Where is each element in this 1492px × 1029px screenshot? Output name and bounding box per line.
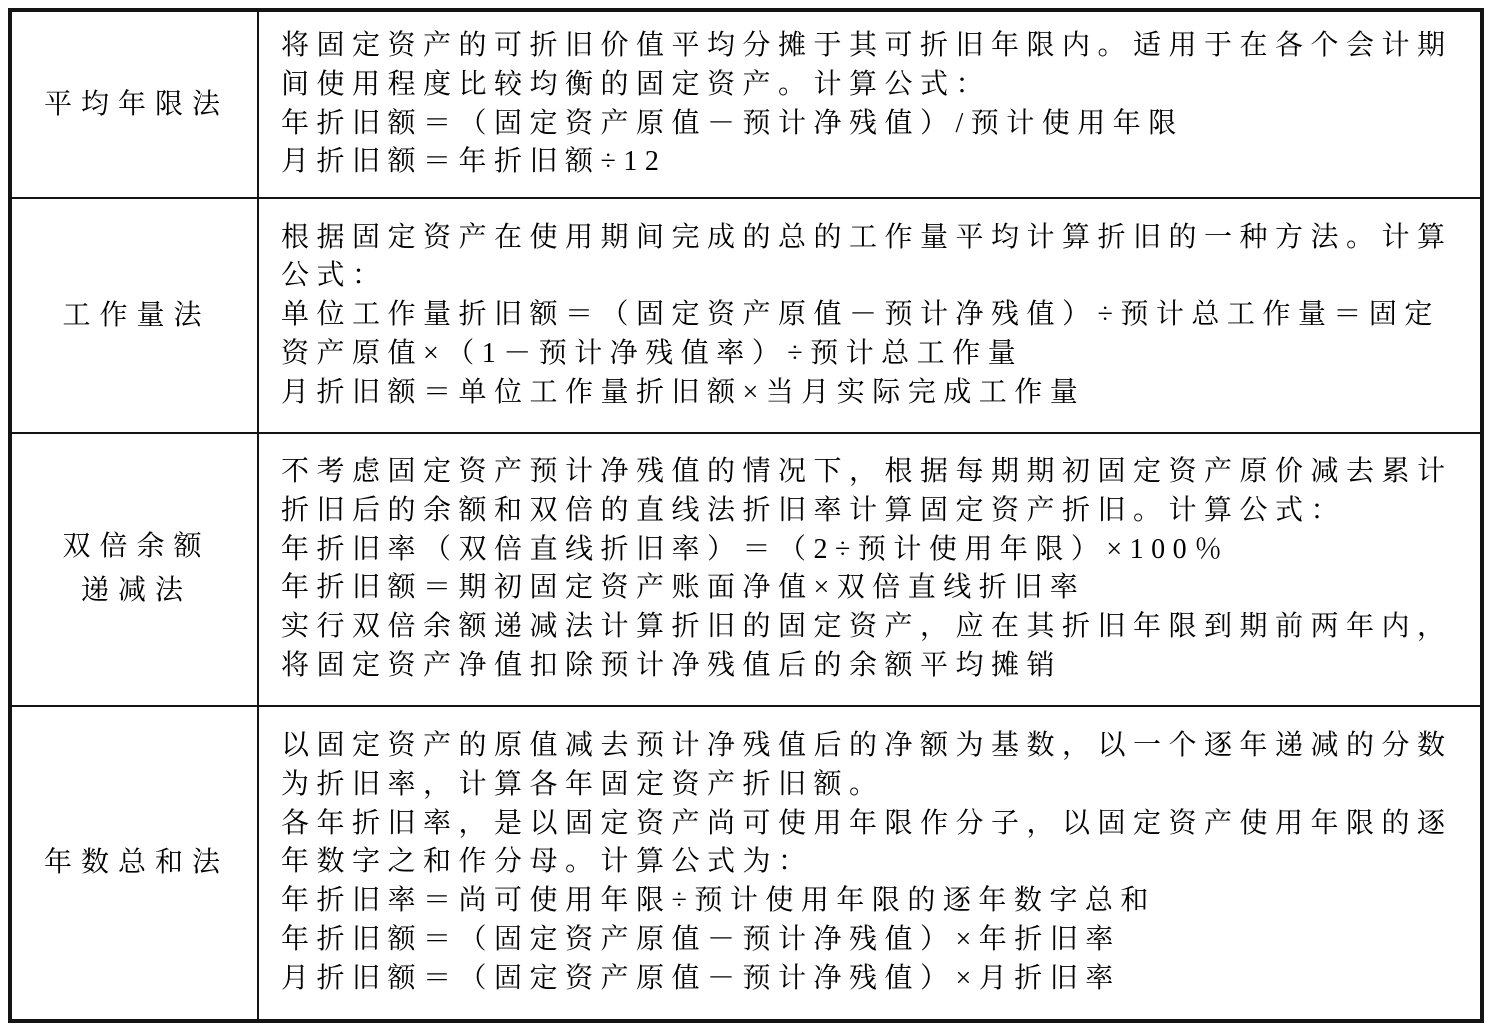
method-name: 平均年限法 (12, 83, 257, 127)
formula-line: 资产原值×（1－预计净残值率）÷预计总工作量 (281, 335, 1464, 374)
description-line: 年数字之和作分母。计算公式为： (281, 843, 1464, 882)
description-line: 实行双倍余额递减法计算折旧的固定资产，应在其折旧年限到期前两年内， (281, 608, 1464, 647)
formula-line: 月折旧额＝年折旧额÷12 (281, 143, 1464, 182)
method-description-cell: 将固定资产的可折旧价值平均分摊于其可折旧年限内。适用于在各个会计期 间使用程度比… (258, 10, 1482, 198)
document-page: 平均年限法 将固定资产的可折旧价值平均分摊于其可折旧年限内。适用于在各个会计期 … (0, 0, 1492, 1029)
description-line: 以固定资产的原值减去预计净残值后的净额为基数，以一个逐年递减的分数 (281, 727, 1464, 766)
description-line: 折旧后的余额和双倍的直线法折旧率计算固定资产折旧。计算公式： (281, 492, 1464, 531)
method-name-cell: 工作量法 (10, 198, 258, 433)
table-row: 工作量法 根据固定资产在使用期间完成的总的工作量平均计算折旧的一种方法。计算 公… (10, 198, 1482, 433)
method-description-cell: 以固定资产的原值减去预计净残值后的净额为基数，以一个逐年递减的分数 为折旧率，计… (258, 706, 1482, 1021)
description-line: 间使用程度比较均衡的固定资产。计算公式： (281, 66, 1464, 105)
description-line: 将固定资产的可折旧价值平均分摊于其可折旧年限内。适用于在各个会计期 (281, 27, 1464, 66)
method-name: 工作量法 (12, 294, 257, 338)
table-row: 双倍余额 递减法 不考虑固定资产预计净残值的情况下，根据每期期初固定资产原价减去… (10, 433, 1482, 706)
formula-line: 单位工作量折旧额＝（固定资产原值－预计净残值）÷预计总工作量＝固定 (281, 296, 1464, 335)
formula-line: 年折旧率（双倍直线折旧率）＝（2÷预计使用年限）×100％ (281, 531, 1464, 570)
method-name: 双倍余额 (12, 525, 257, 569)
method-name-cell: 双倍余额 递减法 (10, 433, 258, 706)
table-row: 年数总和法 以固定资产的原值减去预计净残值后的净额为基数，以一个逐年递减的分数 … (10, 706, 1482, 1021)
description-line: 各年折旧率，是以固定资产尚可使用年限作分子，以固定资产使用年限的逐 (281, 805, 1464, 844)
method-name: 年数总和法 (12, 841, 257, 885)
method-description-cell: 根据固定资产在使用期间完成的总的工作量平均计算折旧的一种方法。计算 公式： 单位… (258, 198, 1482, 433)
formula-line: 年折旧率＝尚可使用年限÷预计使用年限的逐年数字总和 (281, 882, 1464, 921)
table-row: 平均年限法 将固定资产的可折旧价值平均分摊于其可折旧年限内。适用于在各个会计期 … (10, 10, 1482, 198)
description-line: 将固定资产净值扣除预计净残值后的余额平均摊销 (281, 647, 1464, 686)
description-line: 不考虑固定资产预计净残值的情况下，根据每期期初固定资产原价减去累计 (281, 453, 1464, 492)
formula-line: 年折旧额＝（固定资产原值－预计净残值）/预计使用年限 (281, 105, 1464, 144)
formula-line: 月折旧额＝（固定资产原值－预计净残值）×月折旧率 (281, 960, 1464, 999)
description-line: 公式： (281, 257, 1464, 296)
method-description-cell: 不考虑固定资产预计净残值的情况下，根据每期期初固定资产原价减去累计 折旧后的余额… (258, 433, 1482, 706)
depreciation-methods-table: 平均年限法 将固定资产的可折旧价值平均分摊于其可折旧年限内。适用于在各个会计期 … (8, 8, 1484, 1023)
formula-line: 年折旧额＝期初固定资产账面净值×双倍直线折旧率 (281, 569, 1464, 608)
formula-line: 年折旧额＝（固定资产原值－预计净残值）×年折旧率 (281, 921, 1464, 960)
formula-line: 月折旧额＝单位工作量折旧额×当月实际完成工作量 (281, 374, 1464, 413)
description-line: 根据固定资产在使用期间完成的总的工作量平均计算折旧的一种方法。计算 (281, 219, 1464, 258)
method-name: 递减法 (12, 569, 257, 613)
method-name-cell: 平均年限法 (10, 10, 258, 198)
method-name-cell: 年数总和法 (10, 706, 258, 1021)
description-line: 为折旧率，计算各年固定资产折旧额。 (281, 766, 1464, 805)
